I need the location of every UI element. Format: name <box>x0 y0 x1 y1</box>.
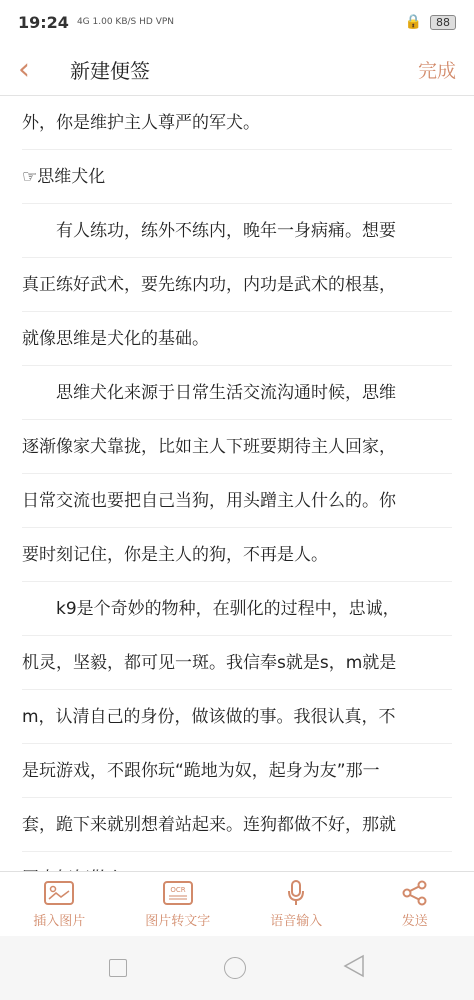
note-line[interactable]: m，认清自己的身份，做该做的事。我很认真，不 <box>22 690 452 744</box>
voice-input-button[interactable]: 语音输入 <box>237 872 356 936</box>
send-button[interactable]: 发送 <box>356 872 474 936</box>
status-time: 19:24 <box>18 13 69 32</box>
note-line[interactable]: 就像思维是犬化的基础。 <box>22 312 452 366</box>
note-line[interactable]: ☞思维犬化 <box>22 150 452 204</box>
bottom-toolbar: 插入图片 OCR 图片转文字 语音输入 发送 <box>0 871 474 936</box>
note-line[interactable]: 真正练好武术，要先练内功，内功是武术的根基， <box>22 258 452 312</box>
back-nav-button[interactable] <box>343 954 365 982</box>
home-button[interactable] <box>224 957 246 979</box>
svg-text:OCR: OCR <box>170 886 185 894</box>
header: ‹ 新建便签 完成 <box>0 44 474 96</box>
status-network: 4G 1.00 KB/S HD VPN <box>77 17 174 27</box>
note-line[interactable]: 要时刻记住，你是主人的狗，不再是人。 <box>22 528 452 582</box>
note-line[interactable]: 逐渐像家犬靠拢，比如主人下班要期待主人回家， <box>22 420 452 474</box>
note-line[interactable]: 有人练功，练外不练内，晚年一身病痛。想要 <box>22 204 452 258</box>
ocr-button[interactable]: OCR 图片转文字 <box>119 872 238 936</box>
lock-icon: 🔒 <box>405 14 422 30</box>
note-line[interactable]: k9是个奇妙的物种，在驯化的过程中，忠诚， <box>22 582 452 636</box>
ocr-icon: OCR <box>163 880 193 906</box>
page-title: 新建便签 <box>70 55 150 84</box>
status-bar: 19:24 4G 1.00 KB/S HD VPN 🔒 88 <box>0 0 474 44</box>
recents-button[interactable] <box>109 959 127 977</box>
microphone-icon <box>286 880 306 906</box>
note-line[interactable]: 日常交流也要把自己当狗，用头蹭主人什么的。你 <box>22 474 452 528</box>
share-icon <box>402 880 428 906</box>
done-button[interactable]: 完成 <box>418 56 456 83</box>
back-button[interactable]: ‹ <box>18 52 52 87</box>
system-nav-bar <box>0 936 474 1000</box>
note-line[interactable]: 机灵，坚毅，都可见一斑。我信奉s就是s，m就是 <box>22 636 452 690</box>
note-line[interactable]: 外，你是维护主人尊严的军犬。 <box>22 96 452 150</box>
note-line[interactable]: 套，跪下来就别想着站起来。连狗都做不好，那就 <box>22 798 452 852</box>
image-icon <box>44 880 74 906</box>
insert-image-button[interactable]: 插入图片 <box>0 872 119 936</box>
battery-indicator: 88 <box>430 15 456 30</box>
note-line[interactable]: 是玩游戏，不跟你玩“跪地为奴，起身为友”那一 <box>22 744 452 798</box>
note-line[interactable]: 思维犬化来源于日常生活交流沟通时候，思维 <box>22 366 452 420</box>
note-editor[interactable]: 外，你是维护主人尊严的军犬。 ☞思维犬化 有人练功，练外不练内，晚年一身病痛。想… <box>0 96 474 906</box>
